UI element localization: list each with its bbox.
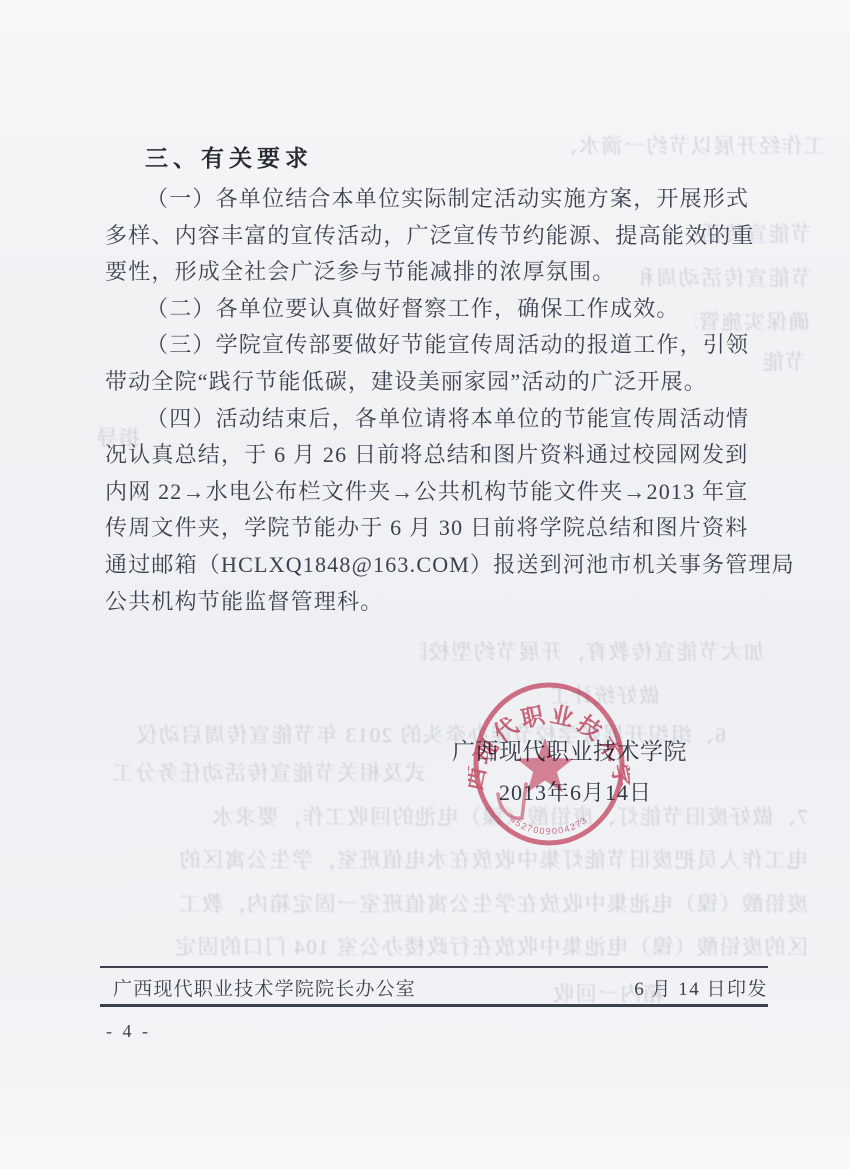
body-line: 多样、内容丰富的宣传活动，广泛宣传节约能源、提高能效的重 (105, 218, 760, 255)
body-line: 传周文件夹，学院节能办于 6 月 30 日前将学院总结和图片资料 (105, 510, 760, 547)
bleedthrough-line: 区的废铅酸（镍）电池集中收放在行政楼办公室 104 门口的固定 (86, 931, 808, 961)
body-line: 况认真总结，于 6 月 26 日前将总结和图片资料通过校园网发到 (105, 437, 760, 474)
bleedthrough-line: 电工作人员把废旧节能灯集中收放在水电值班室，学生公寓区的 (86, 844, 808, 874)
body-text: （一）各单位结合本单位实际制定活动实施方案，开展形式 多样、内容丰富的宣传活动，… (105, 181, 760, 620)
bleedthrough-line: 做好统计工作 (552, 680, 660, 710)
body-line: （二）各单位要认真做好督察工作，确保工作成效。 (105, 291, 760, 328)
body-line: 带动全院“践行节能低碳，建设美丽家园”活动的广泛开展。 (105, 364, 760, 401)
body-line: 通过邮箱（HCLXQ1848@163.COM）报送到河池市机关事务管理局 (105, 547, 760, 584)
body-line: 要性，形成全社会广泛参与节能减排的浓厚氛围。 (105, 254, 760, 291)
seal-serial: 4527009004273 (508, 814, 589, 836)
footer-issuer: 广西现代职业技术学院院长办公室 (113, 974, 416, 1001)
bleedthrough-line: 加大节能宣传教育，开展节约型校园 (420, 636, 765, 666)
bleedthrough-line: 工作经开展以节约一滴水、节约一度电、节约一张纸 (555, 130, 825, 160)
scanned-document-page: 工作经开展以节约一滴水、节约一度电、节约一张纸 节能宣传活动 节能宣传活动周和 … (0, 0, 850, 1169)
footer-rule-top (100, 966, 768, 968)
body-line: 内网 22→水电公布栏文件夹→公共机构节能文件夹→2013 年宣 (105, 474, 760, 511)
signature-date: 2013年6月14日 (499, 776, 652, 807)
bleedthrough-line: 式及相关节能宣传活动任务分工 (86, 757, 426, 787)
bleedthrough-line: 废铅酸（镍）电池集中收放在学生公寓值班室一固定箱内，教工 (86, 888, 808, 918)
body-line: （三）学院宣传部要做好节能宣传周活动的报道工作，引领 (105, 327, 760, 364)
section-heading: 三、有关要求 (145, 140, 313, 173)
footer-rule-bottom (100, 1004, 768, 1007)
footer-print-note: 6 月 14 日印发 (634, 974, 768, 1001)
body-line: （四）活动结束后，各单位请将本单位的节能宣传周活动情 (105, 401, 760, 438)
page-number: - 4 - (106, 1021, 151, 1042)
bleedthrough-line: 7、做好废旧节能灯、废铅酸（镍）电池的回收工作，要求水 (86, 801, 808, 831)
body-line: 公共机构节能监督管理科。 (105, 584, 760, 621)
signature-org: 广西现代职业技术学院 (452, 733, 687, 766)
body-line: （一）各单位结合本单位实际制定活动实施方案，开展形式 (105, 181, 760, 218)
